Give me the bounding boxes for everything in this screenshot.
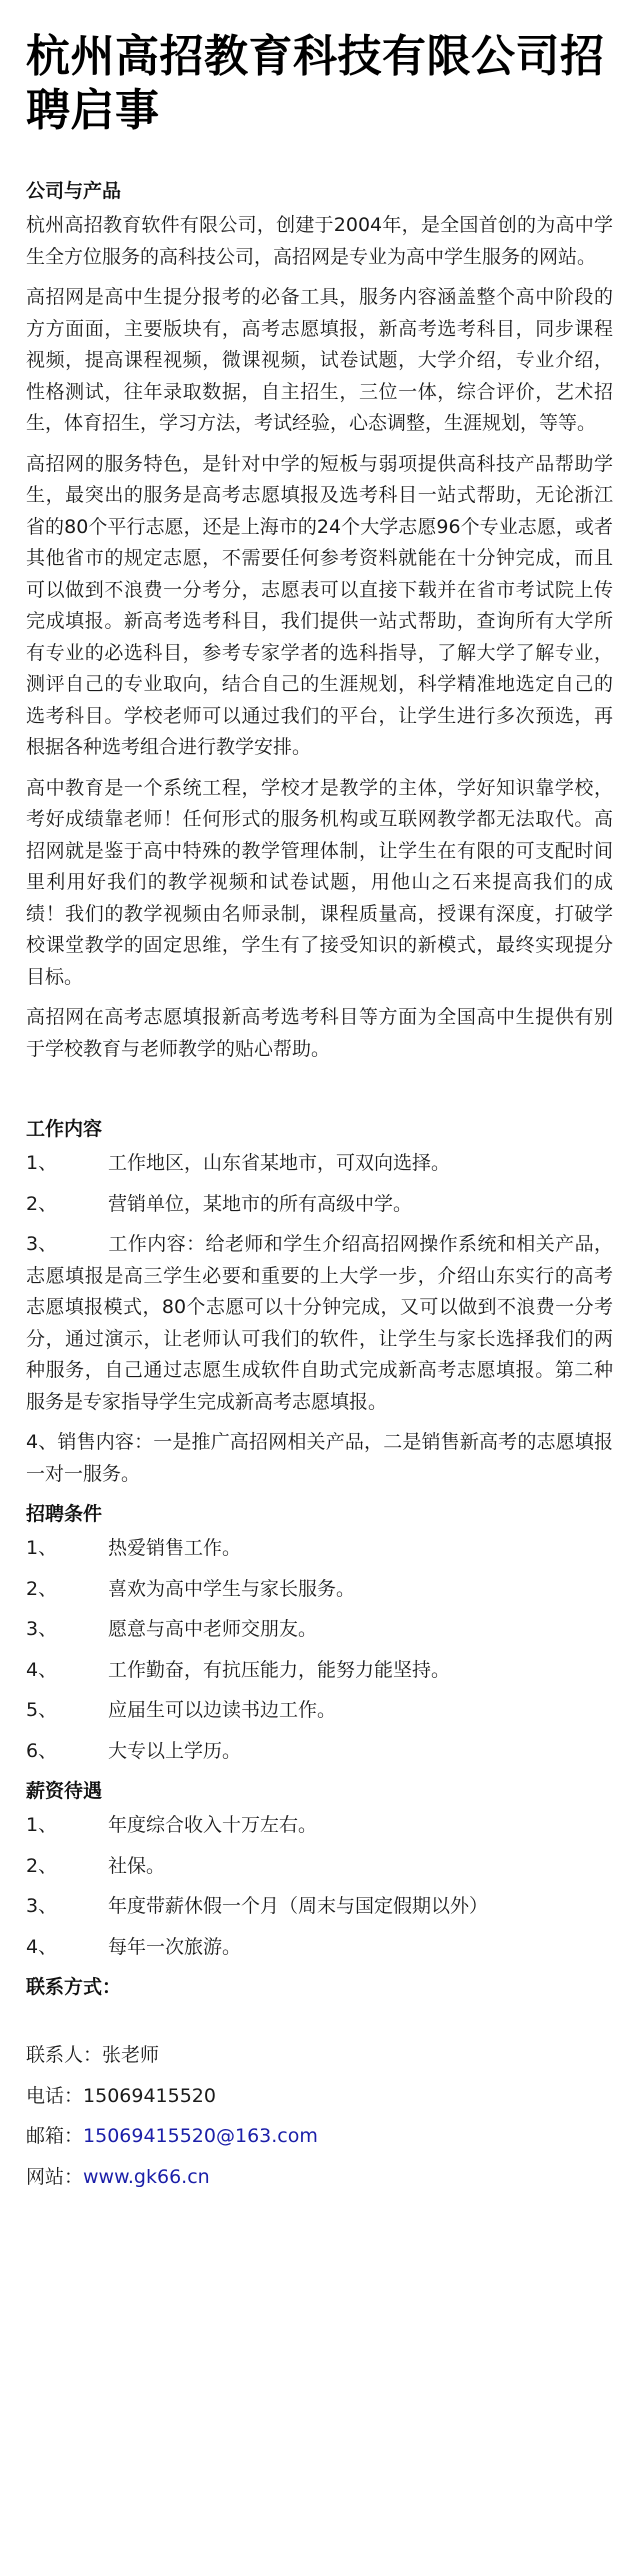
company-paragraph: 杭州高招教育软件有限公司，创建于2004年，是全国首创的为高中学生全方位服务的高… bbox=[26, 210, 613, 273]
list-item-number: 1、 bbox=[26, 1148, 108, 1180]
list-item-text: 大专以上学历。 bbox=[108, 1736, 613, 1768]
contact-phone-label: 电话： bbox=[26, 2085, 83, 2107]
list-item: 4、 每年一次旅游。 bbox=[26, 1932, 613, 1964]
contact-person-label: 联系人： bbox=[26, 2044, 102, 2066]
contact-person-value: 张老师 bbox=[102, 2044, 159, 2066]
list-item-number: 5、 bbox=[26, 1695, 108, 1727]
list-item: 6、 大专以上学历。 bbox=[26, 1736, 613, 1768]
list-item: 1、 工作地区，山东省某地市，可双向选择。 bbox=[26, 1148, 613, 1180]
list-item-number: 2、 bbox=[26, 1189, 108, 1221]
contact-phone: 电话：15069415520 bbox=[26, 2081, 613, 2113]
page-title: 杭州高招教育科技有限公司招聘启事 bbox=[26, 30, 613, 138]
list-item-number: 2、 bbox=[26, 1574, 108, 1606]
contact-website-label: 网站： bbox=[26, 2166, 83, 2188]
list-item-text: 年度带薪休假一个月（周末与国定假期以外） bbox=[108, 1891, 613, 1923]
contact-phone-value: 15069415520 bbox=[83, 2085, 216, 2107]
list-item-number: 3、 bbox=[26, 1229, 108, 1261]
list-item: 1、 年度综合收入十万左右。 bbox=[26, 1810, 613, 1842]
list-item: 3、 年度带薪休假一个月（周末与国定假期以外） bbox=[26, 1891, 613, 1923]
list-item-text: 热爱销售工作。 bbox=[108, 1533, 613, 1565]
company-paragraph: 高招网的服务特色，是针对中学的短板与弱项提供高科技产品帮助学生，最突出的服务是高… bbox=[26, 449, 613, 764]
list-item: 5、 应届生可以边读书边工作。 bbox=[26, 1695, 613, 1727]
list-item-text: 喜欢为高中学生与家长服务。 bbox=[108, 1574, 613, 1606]
job-posting-page: 杭州高招教育科技有限公司招聘启事 公司与产品 杭州高招教育软件有限公司，创建于2… bbox=[0, 0, 639, 2282]
list-item-text: 年度综合收入十万左右。 bbox=[108, 1810, 613, 1842]
company-paragraph: 高中教育是一个系统工程，学校才是教学的主体，学好知识靠学校，考好成绩靠老师！任何… bbox=[26, 773, 613, 994]
list-item: 2、 营销单位，某地市的所有高级中学。 bbox=[26, 1189, 613, 1221]
section-heading-benefits: 薪资待遇 bbox=[26, 1776, 613, 1806]
contact-email-label: 邮箱： bbox=[26, 2125, 83, 2147]
contact-website: 网站：www.gk66.cn bbox=[26, 2162, 613, 2194]
section-spacer bbox=[26, 1074, 613, 1114]
section-heading-job: 工作内容 bbox=[26, 1114, 613, 1144]
list-item-number: 4、 bbox=[26, 1932, 108, 1964]
list-item-text: 应届生可以边读书边工作。 bbox=[108, 1695, 613, 1727]
contact-person: 联系人：张老师 bbox=[26, 2040, 613, 2072]
list-item: 3、工作内容：给老师和学生介绍高招网操作系统和相关产品，志愿填报是高三学生必要和… bbox=[26, 1229, 613, 1418]
section-spacer bbox=[26, 2006, 613, 2040]
list-item-number: 1、 bbox=[26, 1810, 108, 1842]
list-item-text: 工作内容：给老师和学生介绍高招网操作系统和相关产品，志愿填报是高三学生必要和重要… bbox=[26, 1233, 613, 1413]
list-item-text: 营销单位，某地市的所有高级中学。 bbox=[108, 1189, 613, 1221]
list-item-text: 工作勤奋，有抗压能力，能努力能坚持。 bbox=[108, 1655, 613, 1687]
list-item-number: 3、 bbox=[26, 1614, 108, 1646]
list-item: 2、 社保。 bbox=[26, 1851, 613, 1883]
list-item: 4、 工作勤奋，有抗压能力，能努力能坚持。 bbox=[26, 1655, 613, 1687]
list-item-text: 工作地区，山东省某地市，可双向选择。 bbox=[108, 1148, 613, 1180]
website-link[interactable]: www.gk66.cn bbox=[83, 2166, 210, 2188]
list-item-number: 4、 bbox=[26, 1655, 108, 1687]
section-requirements: 招聘条件 1、 热爱销售工作。 2、 喜欢为高中学生与家长服务。 3、 愿意与高… bbox=[26, 1499, 613, 1767]
list-item-number: 3、 bbox=[26, 1891, 108, 1923]
section-heading-requirements: 招聘条件 bbox=[26, 1499, 613, 1529]
section-company: 公司与产品 杭州高招教育软件有限公司，创建于2004年，是全国首创的为高中学生全… bbox=[26, 176, 613, 1065]
company-paragraph: 高招网是高中生提分报考的必备工具，服务内容涵盖整个高中阶段的方方面面，主要版块有… bbox=[26, 282, 613, 440]
list-item: 2、 喜欢为高中学生与家长服务。 bbox=[26, 1574, 613, 1606]
section-heading-contact: 联系方式： bbox=[26, 1972, 613, 2002]
list-item: 3、 愿意与高中老师交朋友。 bbox=[26, 1614, 613, 1646]
section-heading-company: 公司与产品 bbox=[26, 176, 613, 206]
email-link[interactable]: 15069415520@163.com bbox=[83, 2125, 318, 2147]
list-item-number: 1、 bbox=[26, 1533, 108, 1565]
list-item-text: 每年一次旅游。 bbox=[108, 1932, 613, 1964]
list-item: 4、销售内容：一是推广高招网相关产品，二是销售新高考的志愿填报一对一服务。 bbox=[26, 1427, 613, 1490]
list-item-text: 愿意与高中老师交朋友。 bbox=[108, 1614, 613, 1646]
company-paragraph: 高招网在高考志愿填报新高考选考科目等方面为全国高中生提供有别于学校教育与老师教学… bbox=[26, 1002, 613, 1065]
list-item-number: 2、 bbox=[26, 1851, 108, 1883]
section-contact: 联系方式： 联系人：张老师 电话：15069415520 邮箱：15069415… bbox=[26, 1972, 613, 2193]
list-item-number: 6、 bbox=[26, 1736, 108, 1768]
section-benefits: 薪资待遇 1、 年度综合收入十万左右。 2、 社保。 3、 年度带薪休假一个月（… bbox=[26, 1776, 613, 1963]
section-job: 工作内容 1、 工作地区，山东省某地市，可双向选择。 2、 营销单位，某地市的所… bbox=[26, 1114, 613, 1490]
list-item-text: 社保。 bbox=[108, 1851, 613, 1883]
list-item: 1、 热爱销售工作。 bbox=[26, 1533, 613, 1565]
contact-email: 邮箱：15069415520@163.com bbox=[26, 2121, 613, 2153]
